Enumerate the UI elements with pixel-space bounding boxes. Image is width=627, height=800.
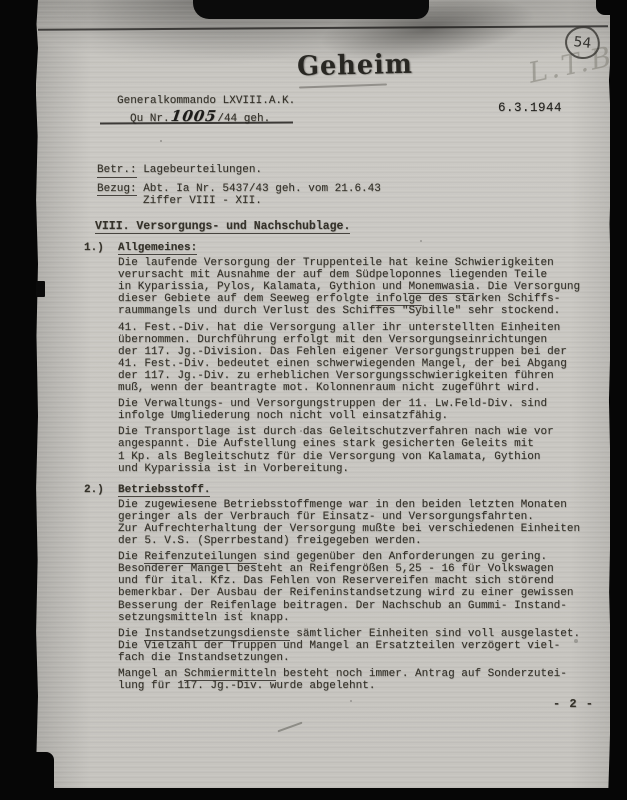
item-1-paragraph-2: 41. Fest.-Div. hat die Versorgung aller …: [118, 322, 596, 395]
paragraph-text: Die: [118, 628, 144, 640]
reference-label: Bezug:: [97, 184, 137, 197]
section-heading: VIII. Versorgungs- und Nachschublage.: [95, 220, 350, 233]
item-1-paragraph-4: Die Transportlage ist durch das Geleitsc…: [118, 426, 596, 474]
item-1-title: Allgemeines:: [118, 242, 197, 255]
item-1-heading: 1.)Allgemeines:: [84, 242, 596, 255]
paragraph-text: sind gegenüber den Anforderungen zu geri…: [118, 551, 573, 623]
item-2-paragraph-2: Die Reifenzuteilungen sind gegenüber den…: [118, 551, 596, 624]
paragraph-text: Mangel an: [118, 668, 184, 680]
reference-text-2: Ziffer VIII - XII.: [143, 196, 262, 208]
circled-number-value: 54: [573, 34, 592, 52]
binding-clip: [193, 0, 429, 19]
item-2-paragraph-1: Die zugewiesene Betriebsstoffmenge war i…: [118, 499, 596, 547]
unit-designation: Generalkommando LXVIII.A.K.: [117, 95, 295, 108]
paragraph-text: Die: [118, 551, 144, 563]
subject-text: Lagebeurteilungen.: [137, 165, 262, 178]
item-2-title: Betriebsstoff.: [118, 484, 210, 497]
scan-edge-notch: [36, 281, 45, 297]
scan-edge-right: [608, 0, 627, 800]
item-2-paragraph-4: Mangel an Schmiermitteln besteht noch im…: [118, 668, 596, 692]
reference-block: Betr.: Lagebeurteilungen. Bezug: Abt. Ia…: [97, 165, 381, 208]
item-2-heading: 2.)Betriebsstoff.: [84, 484, 596, 497]
scan-edge-top-right: [596, 0, 627, 15]
scanned-document-page: Geheim L.T.B 54 Generalkommando LXVIII.A…: [0, 0, 627, 800]
page-number: - 2 -: [553, 697, 594, 711]
item-2-paragraph-3: Die Instandsetzungsdienste sämtlicher Ei…: [118, 628, 596, 664]
item-2-number: 2.): [84, 484, 118, 497]
item-1-paragraph-1: Die laufende Versorgung der Truppenteile…: [118, 257, 596, 317]
document-date: 6.3.1944: [498, 101, 562, 115]
subject-line: Betr.: Lagebeurteilungen.: [97, 165, 381, 178]
item-1-number: 1.): [84, 242, 118, 255]
scan-edge-bottom: [0, 788, 627, 800]
reference-line-2: Ziffer VIII - XII.: [97, 196, 381, 208]
underlined-word: Instandsetzungsdienste: [144, 628, 289, 641]
document-body: 1.)Allgemeines: Die laufende Versorgung …: [84, 242, 596, 696]
item-1-paragraph-3: Die Verwaltungs- und Versorgungstruppen …: [118, 398, 596, 422]
paper-specks: [160, 140, 162, 142]
geheim-classification-stamp: Geheim: [297, 49, 413, 82]
scan-edge-left: [0, 0, 38, 800]
section-heading-text: VIII. Versorgungs- und Nachschublage.: [95, 220, 350, 234]
subject-label: Betr.:: [97, 165, 137, 178]
scan-edge-bottom-left: [0, 752, 54, 800]
